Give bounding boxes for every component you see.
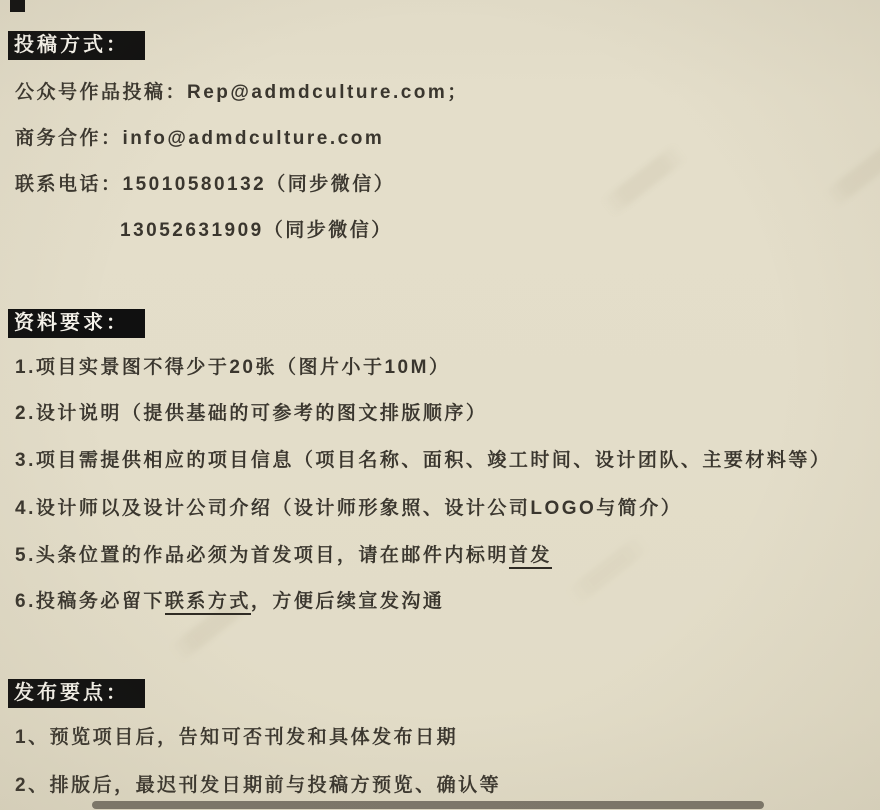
submission-label: 投稿方式： (8, 31, 145, 60)
contact-phone-line: 联系电话：15010580132（同步微信） (15, 173, 395, 196)
publishing-label: 发布要点： (8, 679, 145, 708)
materials-item-1: 1.项目实景图不得少于20张（图片小于10M） (15, 356, 450, 379)
submission-email-line: 公众号作品投稿：Rep@admdculture.com； (15, 81, 469, 104)
materials-item-5: 5.头条位置的作品必须为首发项目，请在邮件内标明首发 (15, 544, 552, 567)
watermark-smudge (600, 143, 688, 218)
cropped-label-fragment (10, 0, 25, 12)
materials-item-6-text: 6.投稿务必留下 (15, 591, 165, 612)
publishing-item-2: 2、排版后，最迟刊发日期前与投稿方预览、确认等 (15, 774, 501, 797)
contact-info-emphasis: 联系方式 (165, 591, 251, 615)
materials-item-4: 4.设计师以及设计公司介绍（设计师形象照、设计公司LOGO与简介） (15, 497, 682, 520)
materials-label: 资料要求： (8, 309, 145, 338)
materials-item-2: 2.设计说明（提供基础的可参考的图文排版顺序） (15, 402, 487, 425)
submission-section-heading: 投稿方式： (8, 31, 145, 60)
first-publish-emphasis: 首发 (509, 545, 552, 569)
materials-item-6: 6.投稿务必留下联系方式，方便后续宣发沟通 (15, 590, 444, 613)
publishing-section-heading: 发布要点： (8, 679, 145, 708)
article-page: { "page": { "background": "#e3ddc9", "te… (0, 0, 880, 810)
watermark-smudge (564, 533, 652, 608)
materials-item-6-tail: ，方便后续宣发沟通 (251, 591, 445, 612)
materials-item-5-text: 5.头条位置的作品必须为首发项目，请在邮件内标明 (15, 545, 509, 566)
publishing-item-1: 1、预览项目后，告知可否刊发和具体发布日期 (15, 726, 458, 749)
bottom-divider-bar (92, 801, 764, 809)
materials-item-3: 3.项目需提供相应的项目信息（项目名称、面积、竣工时间、设计团队、主要材料等） (15, 449, 831, 472)
contact-phone-line-2: 13052631909（同步微信） (120, 219, 393, 242)
business-email-line: 商务合作：info@admdculture.com (15, 127, 384, 150)
materials-section-heading: 资料要求： (8, 309, 145, 338)
watermark-smudge (822, 135, 880, 210)
